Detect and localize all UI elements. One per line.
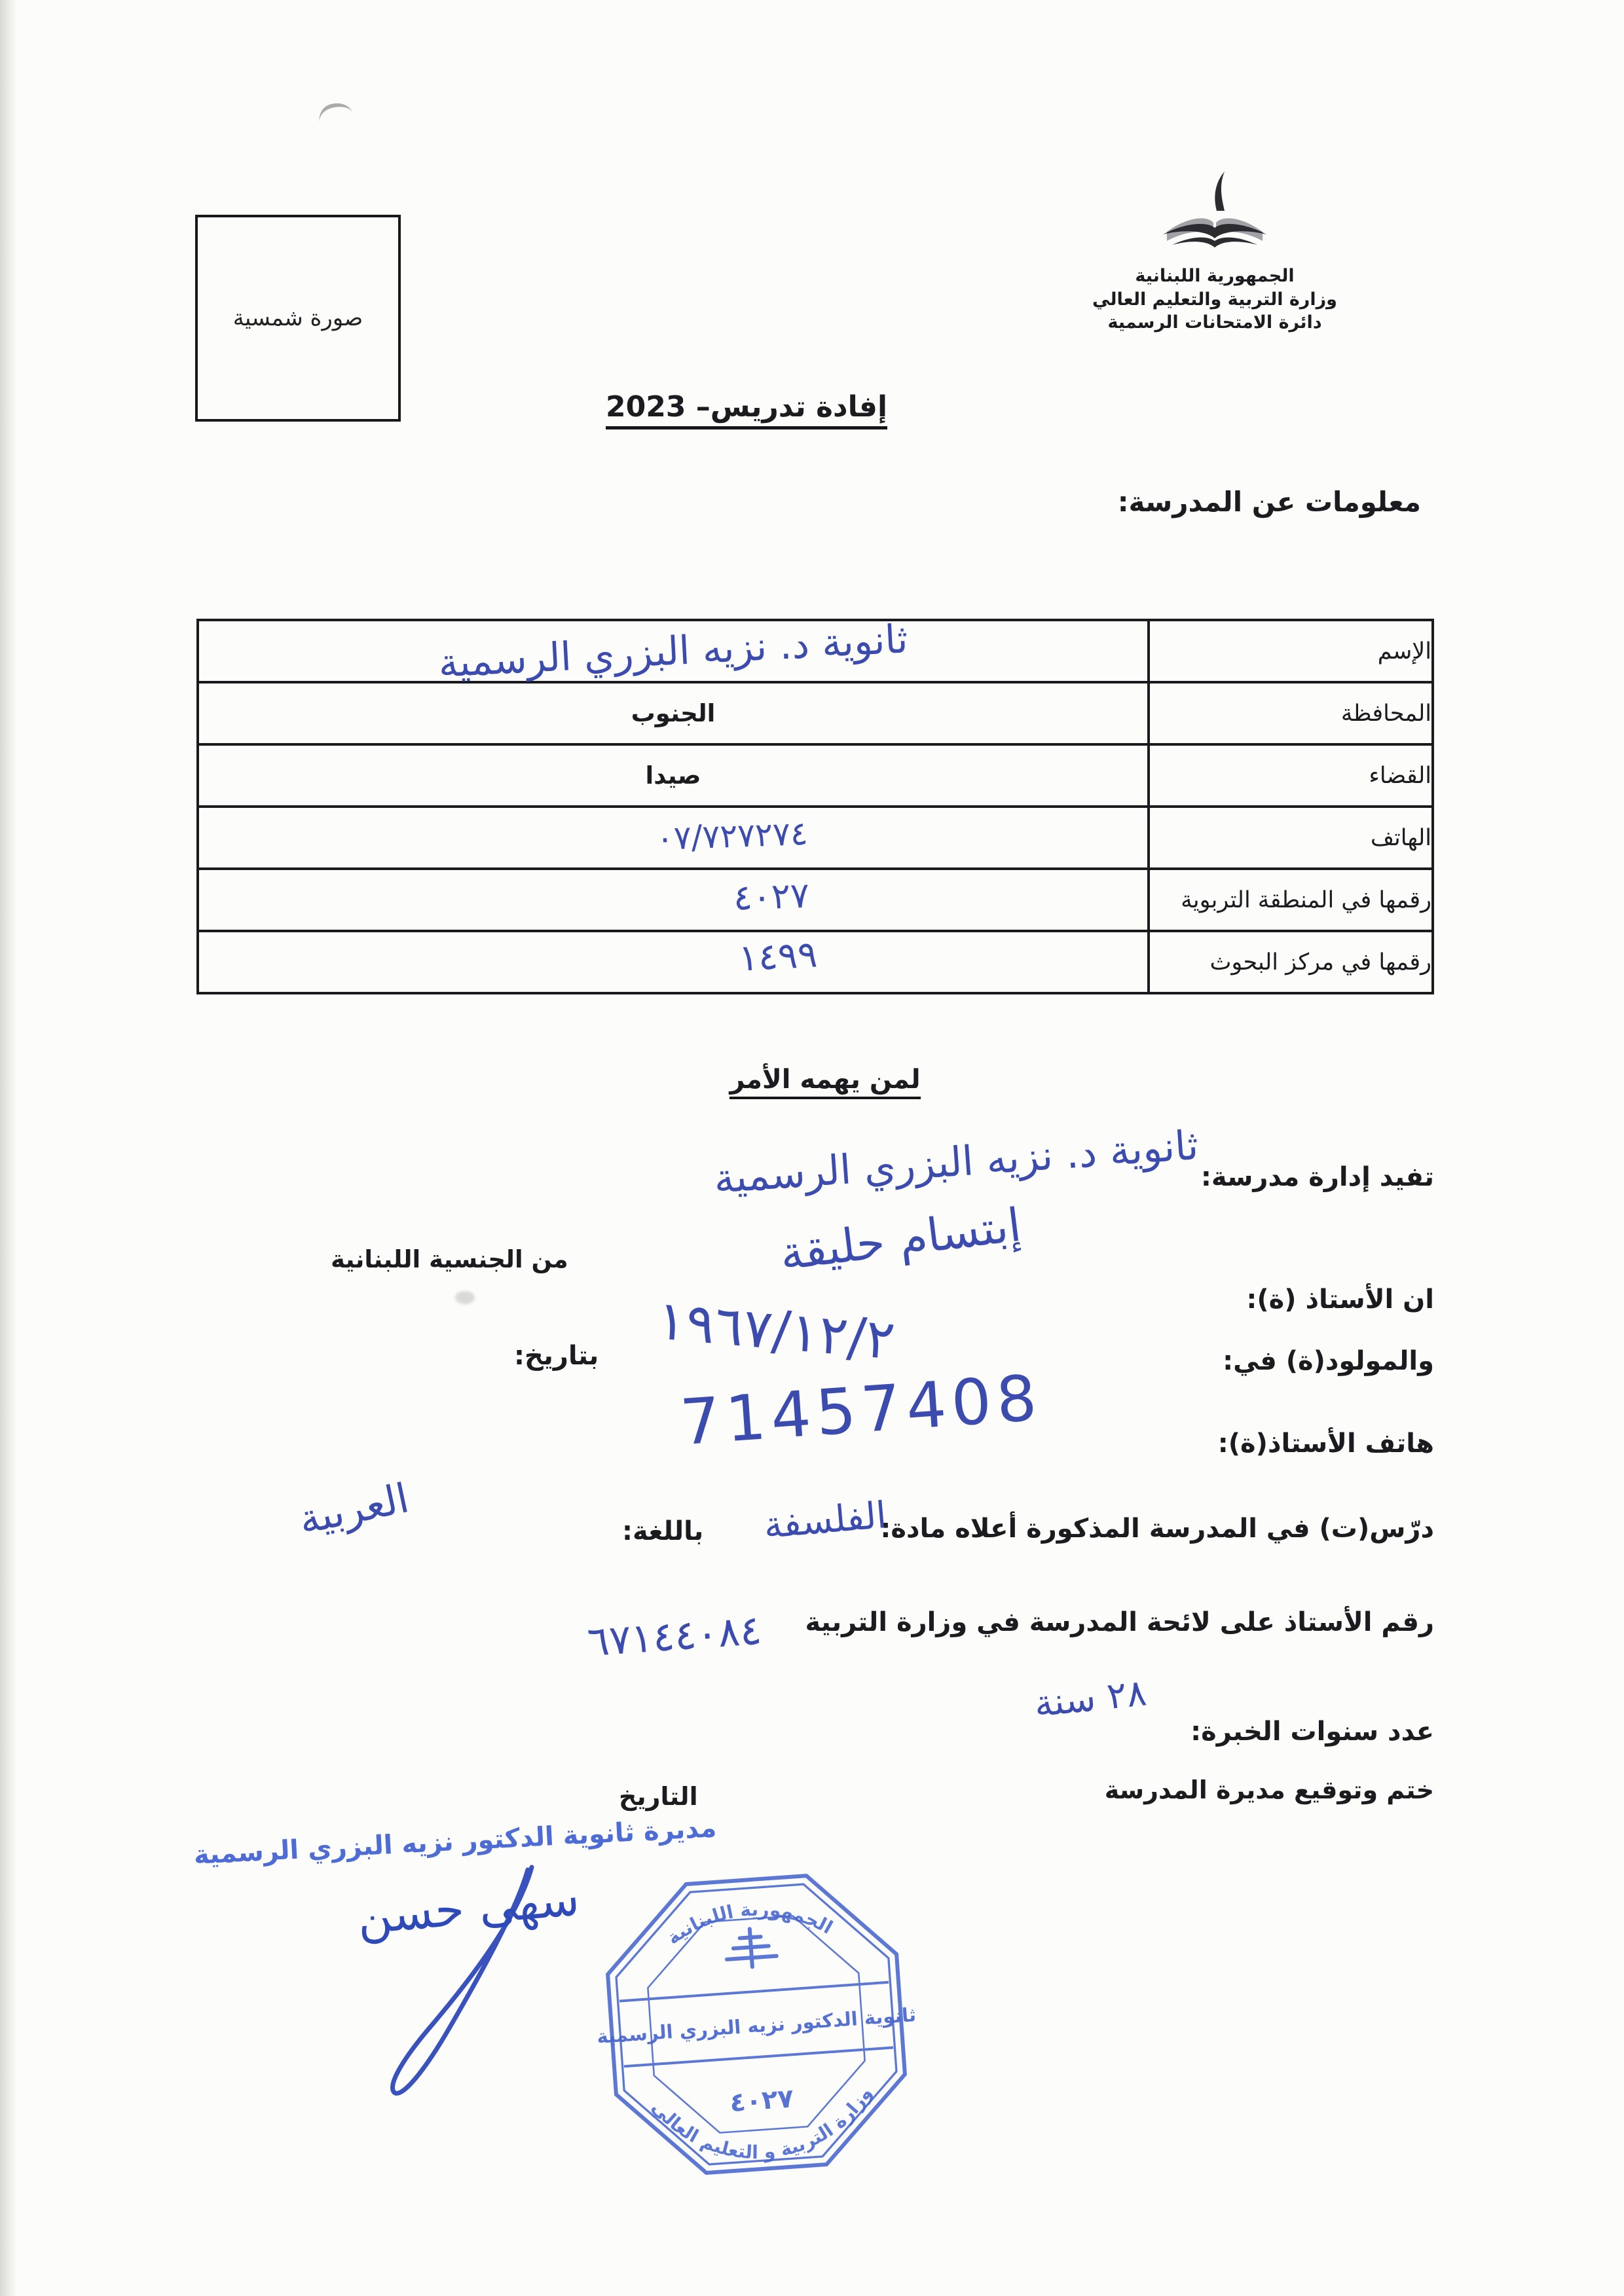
row-value-printed: صيدا [646, 761, 701, 790]
seal-number: ٤٠٢٧ [729, 2083, 795, 2118]
open-book-logo-icon [1139, 169, 1290, 261]
date-inline-label: بتاريخ: [514, 1341, 599, 1371]
language-label: باللغة: [622, 1516, 703, 1546]
ink-smudge [455, 1291, 475, 1304]
table-row-governorate: المحافظة الجنوب [198, 682, 1433, 744]
footer-date-label: التاريخ [619, 1782, 698, 1811]
row-label: المحافظة [1149, 682, 1433, 744]
teacher-statement-label: ان الأستاذ (ة): [1246, 1285, 1434, 1315]
birthdate-handwriting: ١٩٦٧/١٢/٢ [607, 1285, 945, 1376]
row-label: رقمها في المنطقة التربوية [1149, 869, 1433, 931]
document-title: إفادة تدريس– 2023 [550, 390, 943, 424]
ministry-line-republic: الجمهورية اللبنانية [1084, 264, 1346, 288]
scanned-teaching-certificate: صورة شمسية الجمهورية اللبنانية وزارة الت… [0, 0, 1624, 2296]
table-row-phone: الهاتف ٠٧/٧٢٧٢٧٤ [198, 807, 1433, 869]
table-row-zone-number: رقمها في المنطقة التربوية ٤٠٢٧ [198, 869, 1433, 931]
row-label: رقمها في مركز البحوث [1149, 931, 1433, 993]
ministry-list-number-handwriting: ٦٧١٤٤٠٨٤ [509, 1601, 840, 1671]
language-handwriting: العربية [272, 1469, 435, 1548]
row-label: القضاء [1149, 744, 1433, 807]
ministry-line-ministry: وزارة التربية والتعليم العالي [1084, 288, 1346, 312]
concern-heading: لمن يهمه الأمر [616, 1065, 1035, 1095]
school-name-handwriting: ثانوية د. نزيه البزري الرسمية [648, 1116, 1265, 1207]
row-value-handwritten: ٠٧/٧٢٧٢٧٤ [655, 814, 809, 857]
scan-edge-shadow [0, 0, 17, 2296]
table-row-name: الإسم ثانوية د. نزيه البزري الرسمية [198, 620, 1433, 682]
photo-box-label: صورة شمسية [233, 305, 363, 331]
school-info-heading: معلومات عن المدرسة: [1118, 486, 1421, 518]
seal-signature-label: ختم وتوقيع مديرة المدرسة [1105, 1776, 1434, 1804]
school-info-table: الإسم ثانوية د. نزيه البزري الرسمية المح… [196, 619, 1434, 994]
teacher-name-handwriting: إبتسام حليقة [709, 1190, 1092, 1289]
row-value-printed: الجنوب [631, 699, 716, 727]
row-value-handwritten: ١٤٩٩ [737, 934, 819, 980]
born-label: والمولود(ة) في: [1223, 1346, 1434, 1376]
cedar-tree-icon [725, 1927, 777, 1969]
table-row-district: القضاء صيدا [198, 744, 1433, 807]
ministry-list-number-label: رقم الأستاذ على لائحة المدرسة في وزارة ا… [805, 1607, 1434, 1637]
ministry-header: الجمهورية اللبنانية وزارة التربية والتعل… [1084, 169, 1346, 335]
teacher-phone-handwriting: 71457408 [663, 1360, 1060, 1461]
row-value-handwritten: ثانوية د. نزيه البزري الرسمية [437, 616, 909, 686]
experience-label: عدد سنوات الخبرة: [1190, 1717, 1434, 1747]
row-label: الإسم [1149, 620, 1433, 682]
seal-center-text: ثانوية الدكتور نزيه البزري الرسمية [596, 2003, 917, 2048]
ministry-line-department: دائرة الامتحانات الرسمية [1084, 311, 1346, 335]
school-statement-label: تفيد إدارة مدرسة: [1201, 1162, 1434, 1192]
teacher-phone-label: هاتف الأستاذ(ة): [1218, 1429, 1434, 1459]
table-row-research-number: رقمها في مركز البحوث ١٤٩٩ [198, 931, 1433, 993]
nationality-text: من الجنسية اللبنانية [331, 1245, 568, 1273]
official-octagonal-seal: الجمهورية اللبنانية ثانوية الدكتور نزيه … [578, 1843, 934, 2206]
photo-box: صورة شمسية [195, 215, 401, 422]
pencil-smudge [316, 100, 354, 124]
row-value-handwritten: ٤٠٢٧ [733, 875, 810, 919]
taught-subject-label: درّس(ت) في المدرسة المذكورة أعلاه مادة: [880, 1514, 1434, 1544]
experience-handwriting: ٢٨ سنة [948, 1663, 1232, 1735]
row-label: الهاتف [1149, 807, 1433, 869]
